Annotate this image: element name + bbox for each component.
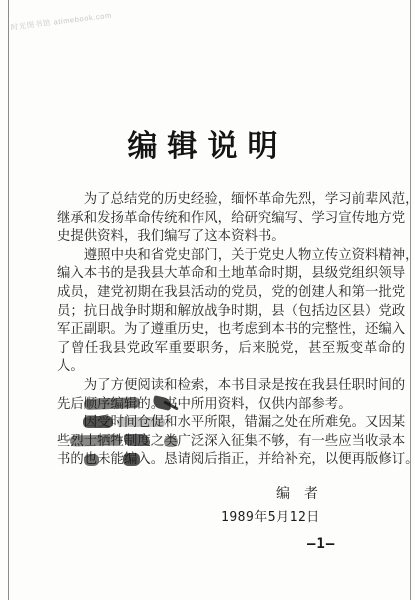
text-line: 遵照中央和省党史部门，关于党史人物立传立资料精神， xyxy=(57,246,405,265)
page-right-edge-line xyxy=(410,0,411,600)
library-watermark: 时光图书馆 atimebook.com xyxy=(10,10,112,33)
ink-smudge xyxy=(83,416,113,428)
paragraph: 为了总结党的历史经验，缅怀革命先烈，学习前辈风范， 继承和发扬革命传统和作风，给… xyxy=(57,190,405,246)
text-line: 为了总结党的历史经验，缅怀革命先烈，学习前辈风范， xyxy=(57,190,405,209)
ink-smudge xyxy=(84,454,99,466)
page-left-edge-line xyxy=(8,0,9,600)
ink-smudge xyxy=(123,453,140,466)
ink-smudge xyxy=(164,436,178,447)
text-line: 为了方便阅读和检索，本书目录是按在我县任职时间的 xyxy=(57,376,405,395)
text-line: 编入本书的是我县大革命和土地革命时期，县级党组织领导 xyxy=(57,264,405,283)
text-line: 成员，建党初期在我县活动的党员，党的创建人和第一批党 xyxy=(57,283,405,302)
text-line: 人。 xyxy=(57,357,405,376)
ink-smudge xyxy=(124,434,150,446)
ink-smudge xyxy=(70,435,122,447)
ink-smudge xyxy=(117,417,165,427)
text-line: 书的也未能编入。恳请阅后指正，并给补充，以便再版修订。 xyxy=(57,450,405,469)
text-line: 史提供资料，我们编写了这本资料书。 xyxy=(57,227,405,246)
publish-date: 1989年5月12日 xyxy=(221,506,320,525)
paragraph: 遵照中央和省党史部门，关于党史人物立传立资料精神， 编入本书的是我县大革命和土地… xyxy=(57,246,405,376)
ink-smudge xyxy=(84,397,140,410)
scanned-document-page: 时光图书馆 atimebook.com 编辑说明 为了总结党的历史经验，缅怀革命… xyxy=(0,0,415,600)
page-number: —1— xyxy=(307,536,335,552)
text-line: 了曾任我县党政军重要职务，后来脱党，甚至叛变革命的 xyxy=(57,339,405,358)
author-signature: 编 者 xyxy=(276,483,318,503)
text-line: 员；抗日战争时期和解放战争时期，县（包括边区县）党政 xyxy=(57,302,405,321)
text-line: 继承和发扬革命传统和作风，给研究编写、学习宣传地方党 xyxy=(57,209,405,228)
page-title: 编辑说明 xyxy=(0,121,415,165)
text-line: 军正副职。为了遵重历史，也考虑到本书的完整性，还编入 xyxy=(57,320,405,339)
